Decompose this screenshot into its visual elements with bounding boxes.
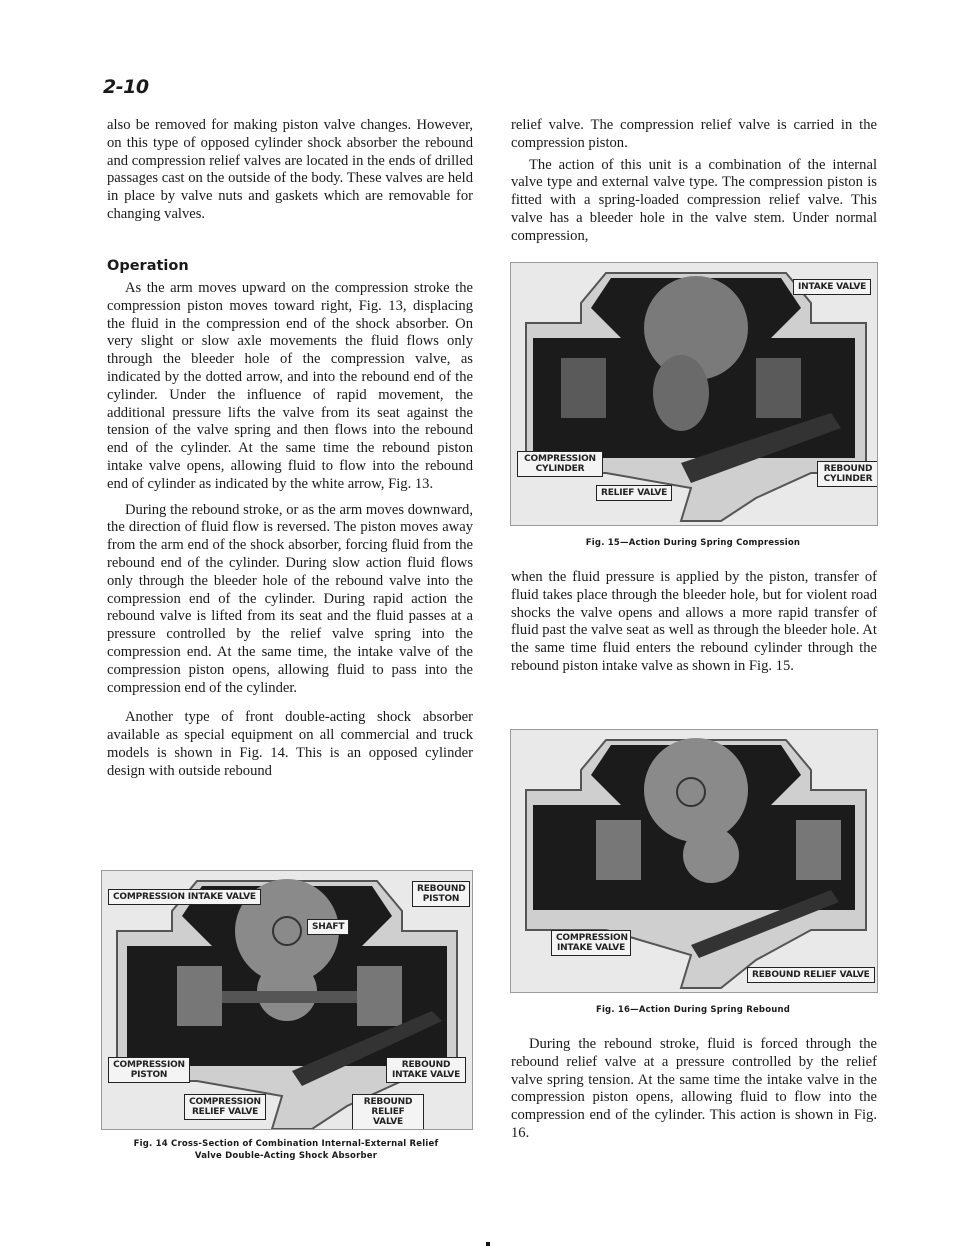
label-compression-relief-valve: COMPRESSION RELIEF VALVE	[184, 1094, 266, 1120]
paragraph: relief valve. The compression relief val…	[511, 117, 877, 153]
paragraph: As the arm moves upward on the compressi…	[107, 280, 473, 494]
shock-absorber-cross-section-illustration	[102, 871, 472, 1129]
label-compression-intake-valve: COMPRESSION INTAKE VALVE	[551, 930, 631, 956]
label-compression-piston: COMPRESSION PISTON	[108, 1057, 190, 1083]
figure-16-caption: Fig. 16—Action During Spring Rebound	[510, 1004, 876, 1016]
label-rebound-relief-valve: REBOUND RELIEF VALVE	[747, 967, 875, 983]
left-column-operation: As the arm moves upward on the compressi…	[107, 280, 473, 781]
label-relief-valve: RELIEF VALVE	[596, 485, 672, 501]
paragraph: Another type of front double-acting shoc…	[107, 709, 473, 780]
paragraph: also be removed for making piston valve …	[107, 117, 473, 224]
figure-14-diagram: COMPRESSION INTAKE VALVE REBOUND PISTON …	[101, 870, 473, 1130]
label-rebound-intake-valve: REBOUND INTAKE VALVE	[386, 1057, 466, 1083]
label-shaft: SHAFT	[307, 919, 349, 935]
figure-16-diagram: COMPRESSION INTAKE VALVE REBOUND RELIEF …	[510, 729, 878, 993]
page-number: 2-10	[103, 76, 149, 98]
figure-15-diagram: INTAKE VALVE COMPRESSION CYLINDER REBOUN…	[510, 262, 878, 526]
paragraph: The action of this unit is a combination…	[511, 157, 877, 246]
figure-14-caption: Fig. 14 Cross-Section of Combination Int…	[101, 1138, 471, 1162]
paragraph: During the rebound stroke, or as the arm…	[107, 502, 473, 698]
label-compression-intake-valve: COMPRESSION INTAKE VALVE	[108, 889, 261, 905]
label-rebound-cylinder: REBOUND CYLINDER	[817, 461, 878, 487]
paragraph: when the fluid pressure is applied by th…	[511, 569, 877, 676]
right-column-intro: relief valve. The compression relief val…	[511, 117, 877, 246]
right-column-middle: when the fluid pressure is applied by th…	[511, 569, 877, 676]
label-rebound-relief-valve: REBOUND RELIEF VALVE	[352, 1094, 424, 1130]
paragraph: During the rebound stroke, fluid is forc…	[511, 1036, 877, 1143]
left-column-intro: also be removed for making piston valve …	[107, 117, 473, 224]
caption-line: Valve Double-Acting Shock Absorber	[101, 1150, 471, 1162]
caption-line: Fig. 14 Cross-Section of Combination Int…	[101, 1138, 471, 1150]
section-heading-operation: Operation	[107, 258, 189, 274]
label-intake-valve: INTAKE VALVE	[793, 279, 871, 295]
right-column-bottom: During the rebound stroke, fluid is forc…	[511, 1036, 877, 1143]
figure-15-caption: Fig. 15—Action During Spring Compression	[510, 537, 876, 549]
label-rebound-piston: REBOUND PISTON	[412, 881, 470, 907]
label-compression-cylinder: COMPRESSION CYLINDER	[517, 451, 603, 477]
page-mark	[486, 1242, 490, 1246]
